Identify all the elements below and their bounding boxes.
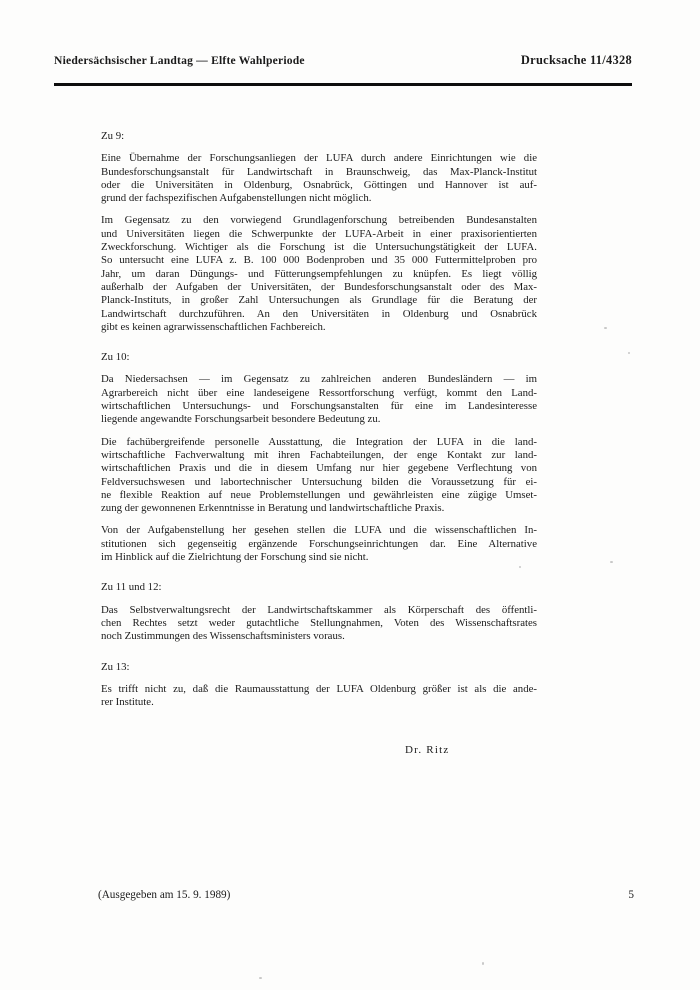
paragraph-line: und Universitäten liegen die Schwerpunkt… (101, 228, 537, 241)
paragraph-line: Feldversuchswesen und labortechnischer U… (101, 476, 537, 489)
scan-speck (610, 561, 613, 563)
paragraph-line: im Hinblick auf die Zielrichtung der For… (101, 551, 537, 564)
paragraph-line: ne flexible Reaktion auf neue Problemste… (101, 489, 537, 502)
paragraph-line: Es trifft nicht zu, daß die Raumausstatt… (101, 683, 537, 696)
paragraph-line: oder die Universitäten in Oldenburg, Osn… (101, 179, 537, 192)
paragraph-line: wirtschaftlichen Untersuchungs- und Fors… (101, 400, 537, 413)
scan-speck (604, 327, 607, 329)
scan-speck (519, 566, 521, 568)
header-document-number: Drucksache 11/4328 (521, 53, 632, 68)
paragraph-line: gibt es keinen agrarwissenschaftlichen F… (101, 321, 537, 334)
paragraph: Es trifft nicht zu, daß die Raumausstatt… (101, 683, 537, 710)
section-heading: Zu 9: (101, 130, 537, 143)
paragraph-line: Landwirtschaft durchzuführen. An den Uni… (101, 308, 537, 321)
header-rule (54, 83, 632, 86)
paragraph-line: noch Zustimmungen des Wissenschaftsminis… (101, 630, 537, 643)
paragraph-line: Von der Aufgabenstellung her gesehen ste… (101, 524, 537, 537)
section: Zu 9:Eine Übernahme der Forschungsanlieg… (101, 130, 537, 334)
paragraph: Die fachübergreifende personelle Ausstat… (101, 436, 537, 516)
section-heading: Zu 10: (101, 351, 537, 364)
footer-page-number: 5 (628, 889, 634, 901)
paragraph-line: grund der fachspezifischen Aufgabenstell… (101, 192, 537, 205)
paragraph-line: Planck-Instituts, in großer Zahl Untersu… (101, 294, 537, 307)
paragraph-line: liegende angewandte Forschungsarbeit bes… (101, 413, 537, 426)
paragraph-line: Da Niedersachsen — im Gegensatz zu zahlr… (101, 373, 537, 386)
paragraph-line: Eine Übernahme der Forschungsanliegen de… (101, 152, 537, 165)
section-heading: Zu 11 und 12: (101, 581, 537, 594)
section: Zu 11 und 12:Das Selbstverwaltungsrecht … (101, 581, 537, 643)
document-page: Niedersächsischer Landtag — Elfte Wahlpe… (0, 0, 700, 990)
paragraph-line: So untersucht eine LUFA z. B. 100 000 Bo… (101, 254, 537, 267)
paragraph-line: Bundesforschungsanstalt für Landwirtscha… (101, 166, 537, 179)
paragraph-line: Zweckforschung. Wichtiger als die Forsch… (101, 241, 537, 254)
paragraph-line: außerhalb der Aufgaben der Universitäten… (101, 281, 537, 294)
paragraph-line: stitutionen sich gegenseitig ergänzende … (101, 538, 537, 551)
paragraph-line: chen Rechtes setzt weder gutachtliche St… (101, 617, 537, 630)
paragraph-line: Die fachübergreifende personelle Ausstat… (101, 436, 537, 449)
section: Zu 10:Da Niedersachsen — im Gegensatz zu… (101, 351, 537, 564)
signature: Dr. Ritz (405, 744, 449, 756)
paragraph-line: Das Selbstverwaltungsrecht der Landwirts… (101, 604, 537, 617)
paragraph-line: Im Gegensatz zu den vorwiegend Grundlage… (101, 214, 537, 227)
paragraph-line: Jahr, um daran Düngungs- und Fütterungse… (101, 268, 537, 281)
paragraph-line: Agrarbereich nicht über eine landeseigen… (101, 387, 537, 400)
scan-speck (628, 352, 630, 354)
footer-issued-date: (Ausgegeben am 15. 9. 1989) (98, 889, 230, 901)
document-body: Zu 9:Eine Übernahme der Forschungsanlieg… (101, 130, 537, 718)
scan-speck (482, 962, 484, 965)
paragraph-line: zung der gewonnenen Erkenntnisse in Bera… (101, 502, 537, 515)
section-heading: Zu 13: (101, 661, 537, 674)
paragraph-line: rer Institute. (101, 696, 537, 709)
page-header: Niedersächsischer Landtag — Elfte Wahlpe… (54, 53, 632, 68)
paragraph: Eine Übernahme der Forschungsanliegen de… (101, 152, 537, 205)
paragraph-line: wirtschaftliche Fachverwaltung mit ihren… (101, 449, 537, 462)
paragraph: Da Niedersachsen — im Gegensatz zu zahlr… (101, 373, 537, 426)
header-title: Niedersächsischer Landtag — Elfte Wahlpe… (54, 54, 305, 67)
paragraph-line: wirtschaftlichen Praxis und die in diese… (101, 462, 537, 475)
paragraph: Im Gegensatz zu den vorwiegend Grundlage… (101, 214, 537, 334)
paragraph: Das Selbstverwaltungsrecht der Landwirts… (101, 604, 537, 644)
section: Zu 13:Es trifft nicht zu, daß die Raumau… (101, 661, 537, 710)
paragraph: Von der Aufgabenstellung her gesehen ste… (101, 524, 537, 564)
scan-speck (259, 977, 262, 979)
